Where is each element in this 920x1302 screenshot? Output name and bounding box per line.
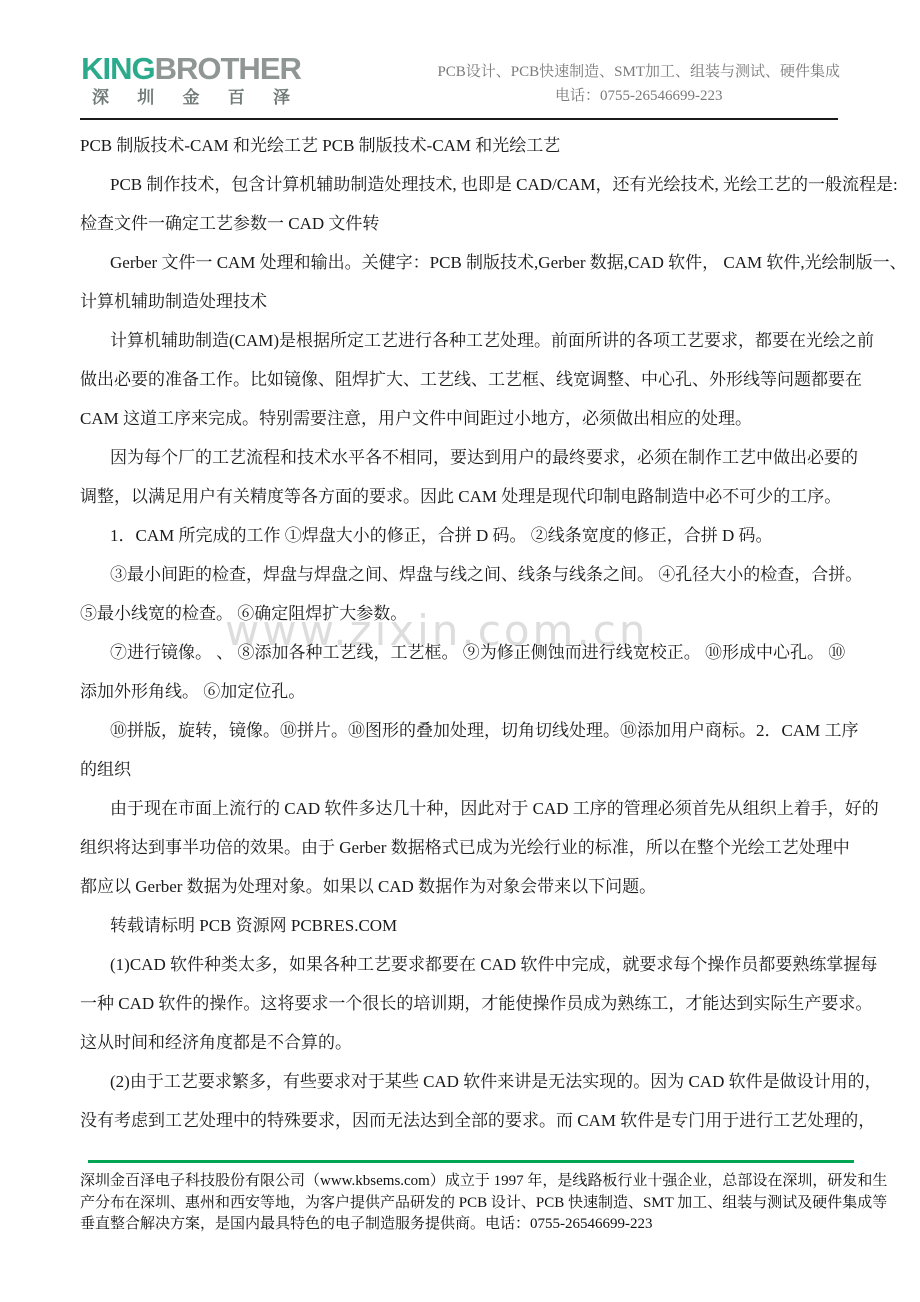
text-line: PCB 制作技术，包含计算机辅助制造处理技术, 也即是 CAD/CAM，还有光绘… [80,165,846,204]
letterhead: KINGBROTHER 深 圳 金 百 泽 PCB设计、PCB快速制造、SMT加… [80,50,840,118]
text-line: 计算机辅助制造处理技术 [80,282,846,321]
brand-wordmark: KINGBROTHER [81,52,301,86]
text-line: 因为每个厂的工艺流程和技术水平各不相同，要达到用户的最终要求，必须在制作工艺中做… [80,438,846,477]
text-line: Gerber 文件一 CAM 处理和输出。关健字：PCB 制版技术,Gerber… [80,243,846,282]
text-line: 这从时间和经济角度都是不合算的。 [80,1023,846,1062]
text-line: 转载请标明 PCB 资源网 PCBRES.COM [80,906,846,945]
footer-line: 产分布在深圳、惠州和西安等地，为客户提供产品研发的 PCB 设计、PCB 快速制… [80,1193,860,1215]
footer-line: 垂直整合解决方案，是国内最具特色的电子制造服务提供商。电话：0755-26546… [80,1214,860,1236]
document-page: KINGBROTHER 深 圳 金 百 泽 PCB设计、PCB快速制造、SMT加… [0,0,920,1302]
header-tagline: PCB设计、PCB快速制造、SMT加工、组装与测试、硬件集成 [437,60,840,84]
header-phone: 电话：0755-26546699-223 [437,84,840,108]
footer-block: 深圳金百泽电子科技股份有限公司（www.kbsems.com）成立于 1997 … [80,1171,860,1236]
text-line: 组织将达到事半功倍的效果。由于 Gerber 数据格式已成为光绘行业的标准，所以… [80,828,846,867]
text-line: ⑩拼版，旋转，镜像。⑩拼片。⑩图形的叠加处理，切角切线处理。⑩添加用户商标。2．… [80,711,846,750]
header-contact-block: PCB设计、PCB快速制造、SMT加工、组装与测试、硬件集成 电话：0755-2… [437,50,840,108]
text-line: 都应以 Gerber 数据为处理对象。如果以 CAD 数据作为对象会带来以下问题… [80,867,846,906]
footer-line: 深圳金百泽电子科技股份有限公司（www.kbsems.com）成立于 1997 … [80,1171,860,1193]
text-line: 计算机辅助制造(CAM)是根据所定工艺进行各种工艺处理。前面所讲的各项工艺要求，… [80,321,846,360]
company-logo: KINGBROTHER 深 圳 金 百 泽 [80,50,302,110]
text-line: 添加外形角线。 ⑥加定位孔。 [80,672,846,711]
logo-subtitle: 深 圳 金 百 泽 [92,86,302,110]
text-line: 没有考虑到工艺处理中的特殊要求，因而无法达到全部的要求。而 CAM 软件是专门用… [80,1101,846,1140]
text-line: 调整，以满足用户有关精度等各方面的要求。因此 CAM 处理是现代印制电路制造中必… [80,477,846,516]
text-line: 由于现在市面上流行的 CAD 软件多达几十种，因此对于 CAD 工序的管理必须首… [80,789,846,828]
text-line: 检查文件一确定工艺参数一 CAD 文件转 [80,204,846,243]
text-line: (1)CAD 软件种类太多，如果各种工艺要求都要在 CAD 软件中完成，就要求每… [80,945,846,984]
brand-king-text: KING [81,51,155,86]
footer-divider [88,1160,854,1163]
text-line: 一种 CAD 软件的操作。这将要求一个很长的培训期，才能使操作员成为熟练工，才能… [80,984,846,1023]
text-line: ⑤最小线宽的检查。 ⑥确定阻焊扩大参数。 [80,594,846,633]
text-line: 1．CAM 所完成的工作 ①焊盘大小的修正，合拼 D 码。 ②线条宽度的修正，合… [80,516,846,555]
text-line: PCB 制版技术-CAM 和光绘工艺 PCB 制版技术-CAM 和光绘工艺 [80,126,846,165]
brand-brother-text: BROTHER [155,51,301,86]
text-line: ⑦进行镜像。 、 ⑧添加各种工艺线，工艺框。 ⑨为修正侧蚀而进行线宽校正。 ⑩形… [80,633,846,672]
header-divider [80,118,838,120]
text-line: 的组织 [80,750,846,789]
text-line: CAM 这道工序来完成。特别需要注意，用户文件中间距过小地方，必须做出相应的处理… [80,399,846,438]
document-body: PCB 制版技术-CAM 和光绘工艺 PCB 制版技术-CAM 和光绘工艺PCB… [80,126,846,1140]
text-line: ③最小间距的检查，焊盘与焊盘之间、焊盘与线之间、线条与线条之间。 ④孔径大小的检… [80,555,846,594]
text-line: 做出必要的准备工作。比如镜像、阻焊扩大、工艺线、工艺框、线宽调整、中心孔、外形线… [80,360,846,399]
text-line: (2)由于工艺要求繁多，有些要求对于某些 CAD 软件来讲是无法实现的。因为 C… [80,1062,846,1101]
